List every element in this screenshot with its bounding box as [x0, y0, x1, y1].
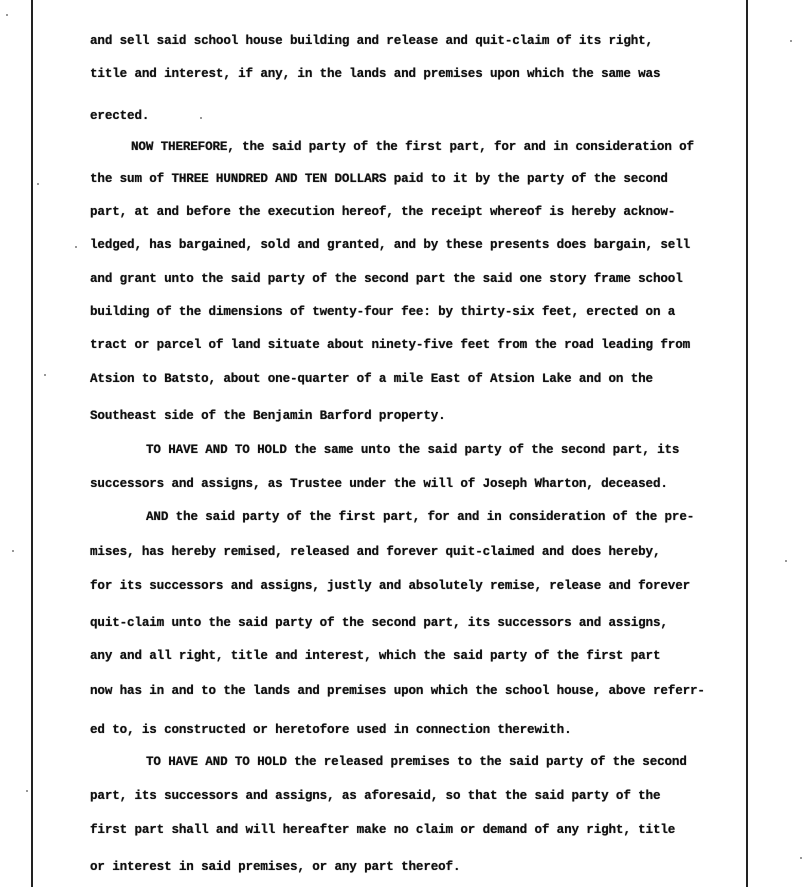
- paragraph-start-to-have-and-to-hold: TO HAVE AND TO HOLD the same unto the sa…: [146, 443, 679, 457]
- document-line: ed to, is constructed or heretofore used…: [90, 723, 572, 737]
- scan-speck: [75, 246, 77, 248]
- scan-speck: [26, 790, 28, 792]
- paragraph-start-now-therefore: NOW THEREFORE, the said party of the fir…: [131, 140, 694, 154]
- document-line: any and all right, title and interest, w…: [90, 649, 660, 663]
- document-line: part, at and before the execution hereof…: [90, 205, 675, 219]
- document-line: now has in and to the lands and premises…: [90, 684, 705, 698]
- scan-speck: [12, 550, 14, 552]
- paragraph-start-and-the-said-party: AND the said party of the first part, fo…: [146, 510, 694, 524]
- document-line: successors and assigns, as Trustee under…: [90, 477, 668, 491]
- document-line: and grant unto the said party of the sec…: [90, 272, 683, 286]
- document-line: and sell said school house building and …: [90, 34, 653, 48]
- scan-speck: [200, 117, 202, 119]
- scan-speck: [790, 40, 792, 42]
- document-line: part, its successors and assigns, as afo…: [90, 789, 660, 803]
- document-line: title and interest, if any, in the lands…: [90, 67, 660, 81]
- document-line: for its successors and assigns, justly a…: [90, 579, 690, 593]
- document-line: first part shall and will hereafter make…: [90, 823, 675, 837]
- document-line: tract or parcel of land situate about ni…: [90, 338, 690, 352]
- document-line: quit-claim unto the said party of the se…: [90, 616, 668, 630]
- scan-speck: [44, 374, 46, 376]
- scan-speck: [37, 183, 39, 185]
- scan-speck: [6, 14, 8, 16]
- document-line: Atsion to Batsto, about one-quarter of a…: [90, 372, 653, 386]
- document-line: or interest in said premises, or any par…: [90, 860, 460, 874]
- document-line: Southeast side of the Benjamin Barford p…: [90, 409, 446, 423]
- page-right-border: [746, 0, 748, 887]
- document-line: ledged, has bargained, sold and granted,…: [90, 238, 690, 252]
- document-line: erected.: [90, 109, 149, 123]
- paragraph-start-to-have-and-to-hold-released: TO HAVE AND TO HOLD the released premise…: [146, 755, 687, 769]
- scan-speck: [785, 560, 787, 562]
- document-line: mises, has hereby remised, released and …: [90, 545, 660, 559]
- page-left-border: [31, 0, 33, 887]
- scan-speck: [800, 857, 802, 859]
- document-line: the sum of THREE HUNDRED AND TEN DOLLARS…: [90, 172, 668, 186]
- document-line: building of the dimensions of twenty-fou…: [90, 305, 675, 319]
